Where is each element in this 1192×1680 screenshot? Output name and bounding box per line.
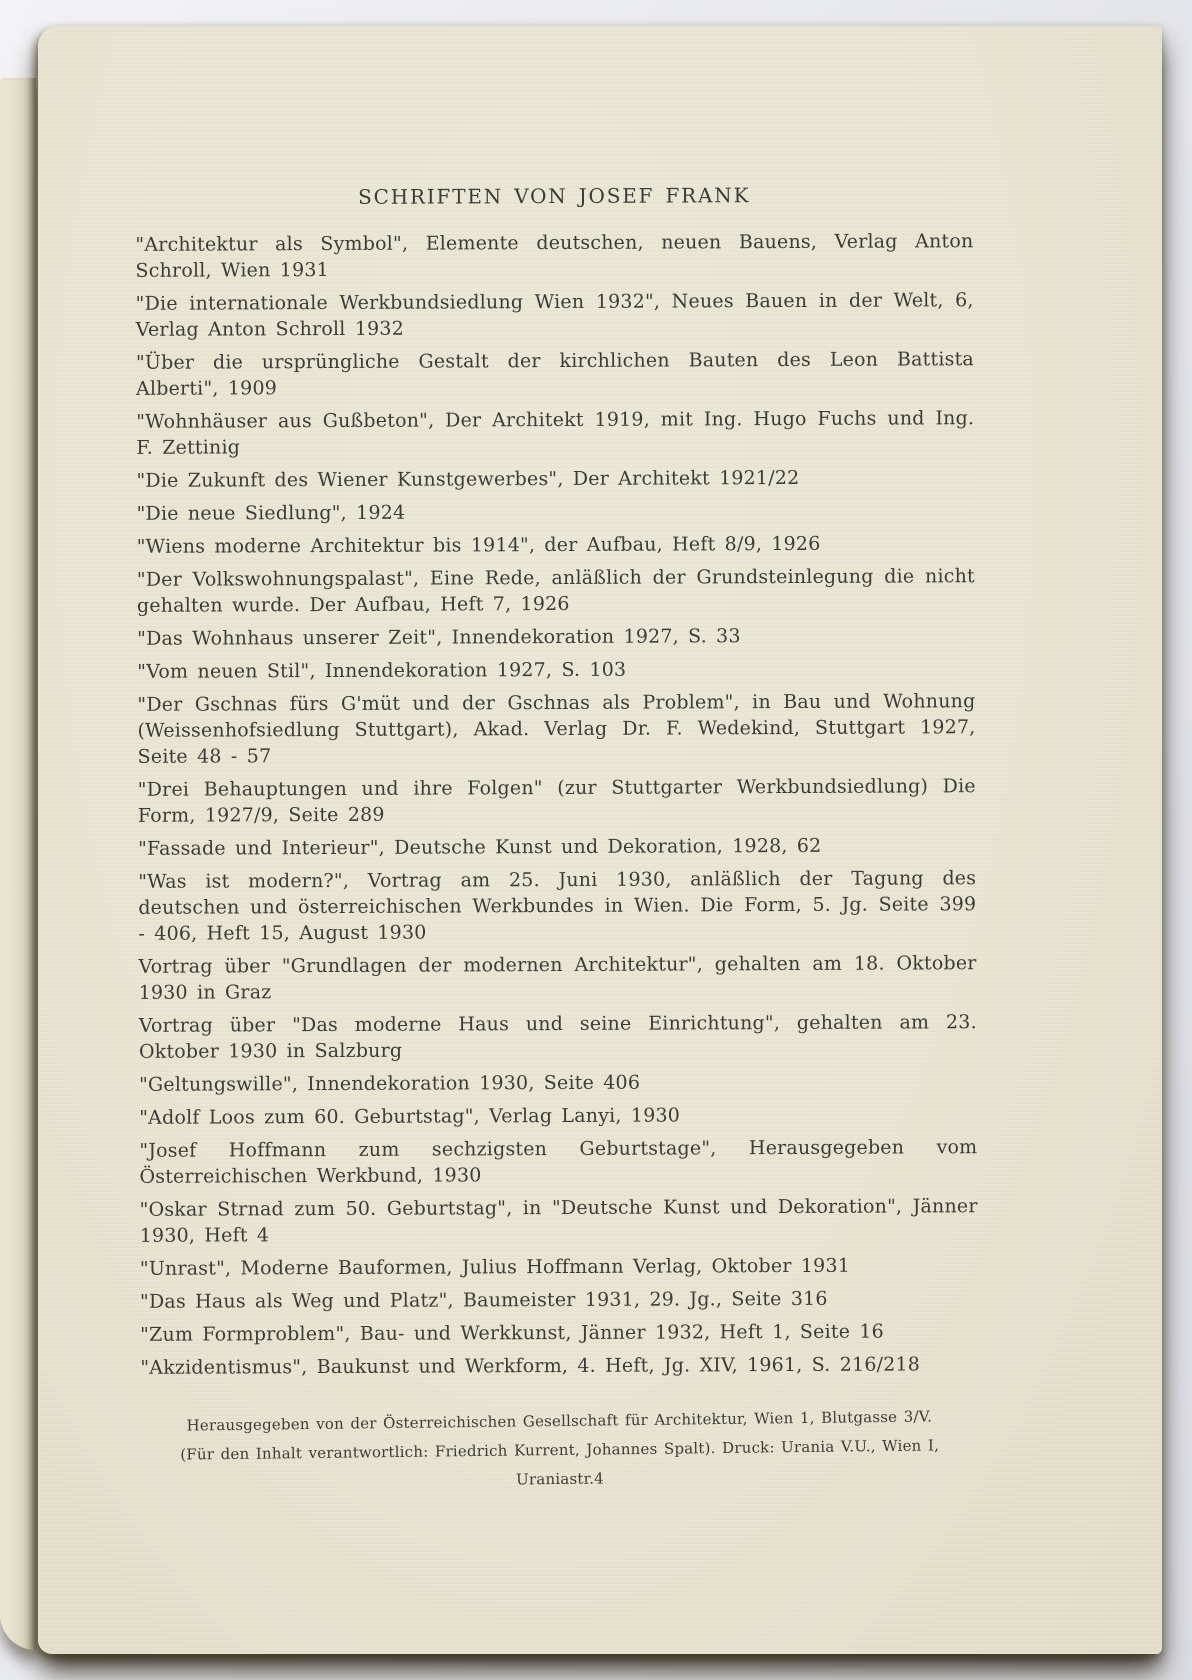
bibliography-entry: "Drei Behauptungen und ihre Folgen" (zur… xyxy=(138,773,976,829)
book-scan: SCHRIFTEN VON JOSEF FRANK "Architektur a… xyxy=(0,0,1192,1680)
bibliography-entry: "Adolf Loos zum 60. Geburtstag", Verlag … xyxy=(139,1101,977,1131)
imprint-line-2: (Für den Inhalt verantwortlich: Friedric… xyxy=(141,1431,980,1499)
bibliography-entry: "Das Haus als Weg und Platz", Baumeister… xyxy=(140,1285,978,1315)
bibliography-entry: "Die internationale Werkbundsiedlung Wie… xyxy=(136,287,974,343)
bibliography-entry: Vortrag über "Das moderne Haus und seine… xyxy=(139,1009,977,1065)
document-page: SCHRIFTEN VON JOSEF FRANK "Architektur a… xyxy=(38,26,1162,1654)
bibliography-entry: "Was ist modern?", Vortrag am 25. Juni 1… xyxy=(138,865,976,947)
bibliography-entry: "Über die ursprüngliche Gestalt der kirc… xyxy=(136,346,974,402)
bibliography-entry: "Wiens moderne Architektur bis 1914", de… xyxy=(137,530,975,560)
page-title: SCHRIFTEN VON JOSEF FRANK xyxy=(135,182,973,210)
bibliography-entry: "Architektur als Symbol", Elemente deuts… xyxy=(135,228,973,284)
bibliography-entry: "Der Gschnas fürs G'müt und der Gschnas … xyxy=(137,688,975,770)
bibliography-entry: "Die neue Siedlung", 1924 xyxy=(137,497,975,527)
imprint: Herausgegeben von der Österreichischen G… xyxy=(140,1402,979,1499)
bibliography-entry: "Josef Hoffmann zum sechzigsten Geburtst… xyxy=(139,1134,977,1190)
bibliography-entry: "Das Wohnhaus unserer Zeit", Innendekora… xyxy=(137,622,975,652)
bibliography-entry: "Vom neuen Stil", Innendekoration 1927, … xyxy=(137,655,975,685)
bibliography-entry: "Der Volkswohnungspalast", Eine Rede, an… xyxy=(137,563,975,619)
bibliography-entry: "Wohnhäuser aus Gußbeton", Der Architekt… xyxy=(136,405,974,461)
bibliography-entry: "Akzidentismus", Baukunst und Werkform, … xyxy=(140,1351,978,1381)
bibliography-entry: "Unrast", Moderne Bauformen, Julius Hoff… xyxy=(140,1252,978,1282)
bibliography-entry: "Fassade und Interieur", Deutsche Kunst … xyxy=(138,832,976,862)
bibliography-entry: Vortrag über "Grundlagen der modernen Ar… xyxy=(138,950,976,1006)
underlying-page-edge xyxy=(0,78,36,1650)
page-content: SCHRIFTEN VON JOSEF FRANK "Architektur a… xyxy=(135,182,979,1496)
bibliography-entry: "Oskar Strnad zum 50. Geburtstag", in "D… xyxy=(140,1193,978,1249)
bibliography-entry: "Die Zukunft des Wiener Kunstgewerbes", … xyxy=(136,464,974,494)
bibliography-list: "Architektur als Symbol", Elemente deuts… xyxy=(135,228,978,1381)
bibliography-entry: "Geltungswille", Innendekoration 1930, S… xyxy=(139,1068,977,1098)
bibliography-entry: "Zum Formproblem", Bau- und Werkkunst, J… xyxy=(140,1318,978,1348)
